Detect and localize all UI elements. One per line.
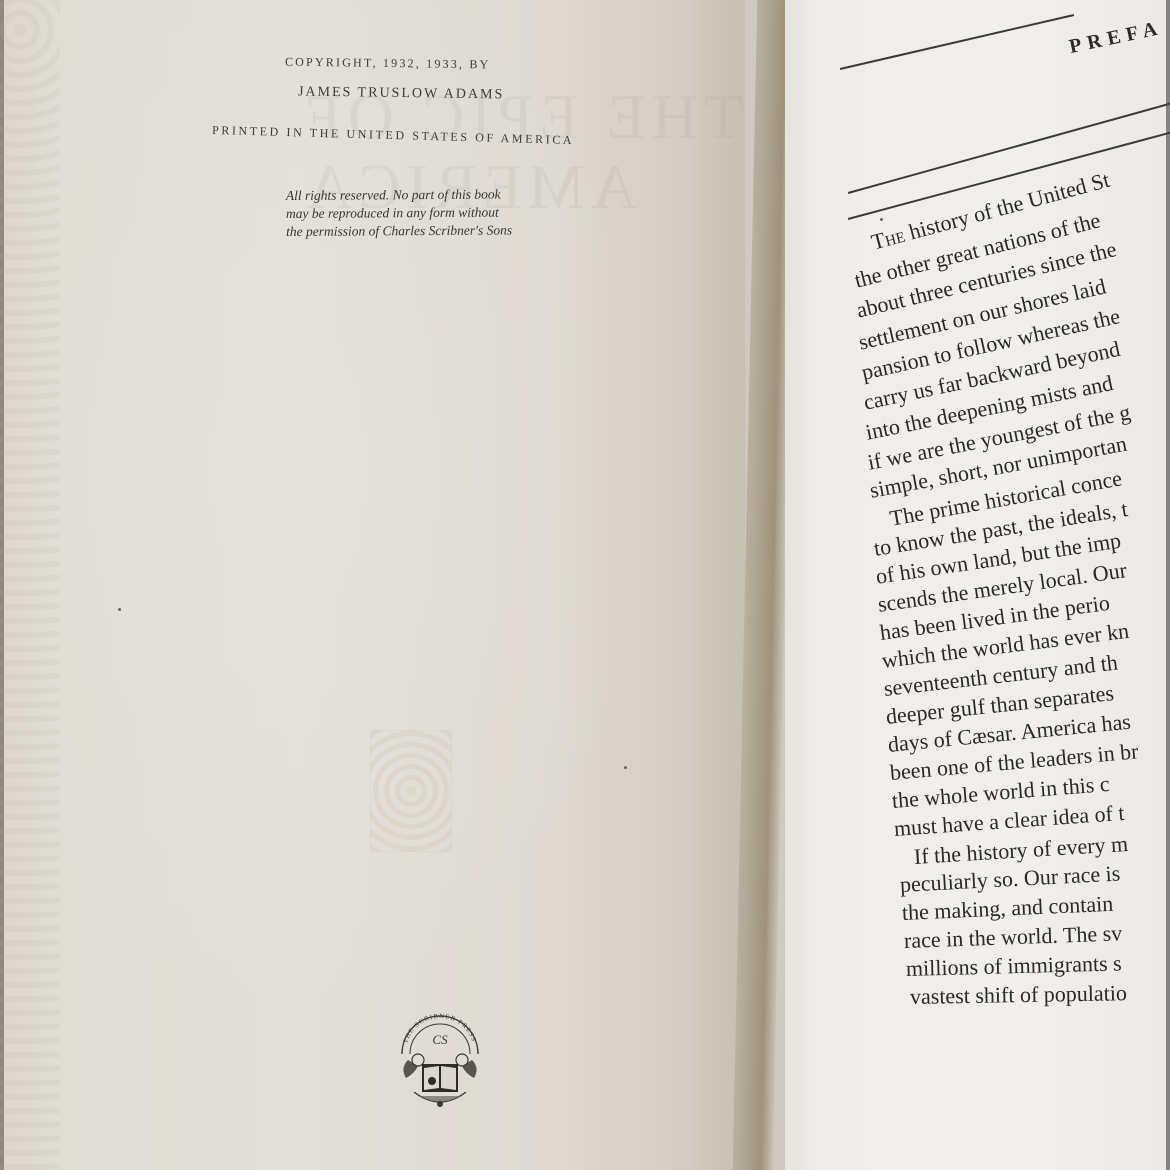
body-line: vastest shift of populatio: [910, 980, 1127, 1010]
paper-speck: [624, 766, 627, 769]
svg-text:CS: CS: [432, 1032, 448, 1047]
author-name: JAMES TRUSLOW ADAMS: [298, 85, 505, 104]
show-through-ornament: [370, 730, 452, 852]
rights-line: may be reproduced in any form without: [286, 203, 586, 223]
copyright-page: THE EPIC OF AMERICA COPYRIGHT, 1932, 193…: [0, 0, 745, 1170]
paper-speck: [880, 218, 883, 221]
rights-line: All rights reserved. No part of this boo…: [286, 185, 586, 205]
paper-speck: [118, 608, 121, 611]
rights-notice: All rights reserved. No part of this boo…: [286, 185, 586, 241]
open-book: THE EPIC OF AMERICA COPYRIGHT, 1932, 193…: [0, 0, 1170, 1170]
rights-line: the permission of Charles Scribner's Son…: [286, 221, 586, 241]
show-through-ornament-border: [0, 0, 60, 1170]
scribner-press-emblem-icon: THE SCRIBNER PRESS CS: [388, 1008, 492, 1112]
copyright-line: COPYRIGHT, 1932, 1933, BY: [285, 55, 491, 73]
page-edge: [1166, 0, 1170, 1170]
